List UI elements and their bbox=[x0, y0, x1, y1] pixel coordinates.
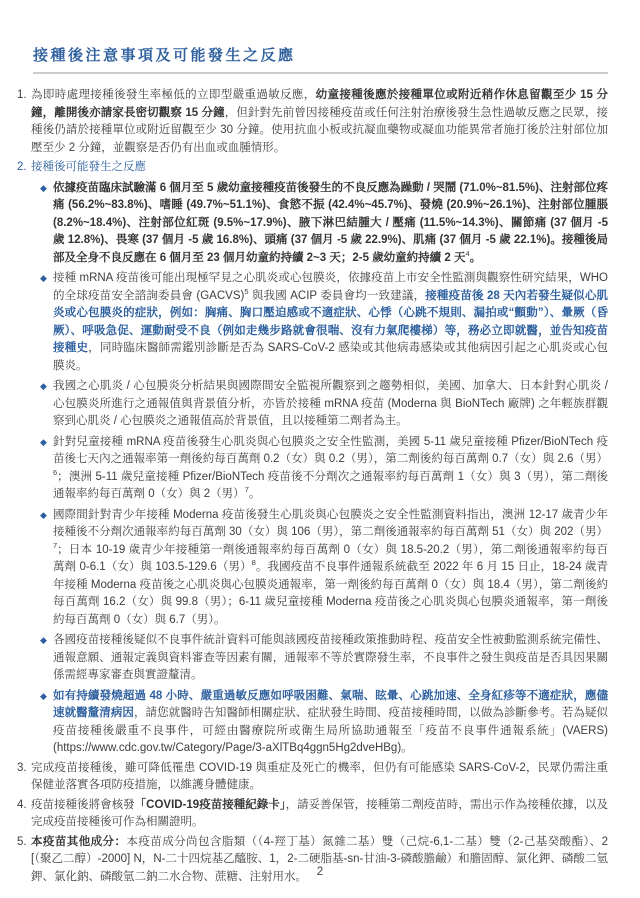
diamond-bullet-icon: ◆ bbox=[40, 632, 47, 650]
bullet-item: ◆依據疫苗臨床試驗滿 6 個月至 5 歲幼童接種疫苗後發生的不良反應為躁動 / … bbox=[40, 180, 608, 268]
bullet-text: 針對兒童接種 mRNA 疫苗後發生心肌炎與心包膜炎之安全性監測，美國 5-11 … bbox=[53, 436, 608, 501]
title-divider bbox=[33, 72, 608, 74]
page-content: 接種後注意事項及可能發生之反應 1.為即時處理接種後發生率極低的立即型嚴重過敏反… bbox=[0, 0, 640, 886]
text-run: 為即時處理接種後發生率極低的立即型嚴重過敏反應， bbox=[31, 89, 316, 101]
bullet-text: 接種 mRNA 疫苗後可能出現極罕見之心肌炎或心包膜炎，依據疫苗上市安全性監測與… bbox=[53, 272, 608, 372]
item-number: 4. bbox=[17, 797, 27, 815]
bullet-item: ◆如有持續發燒超過 48 小時、嚴重過敏反應如呼吸困難、氣喘、眩暈、心跳加速、全… bbox=[40, 688, 608, 758]
text-run: 。 bbox=[470, 252, 482, 264]
text-run: 本疫苗其他成分： bbox=[31, 836, 126, 848]
item-number: 2. bbox=[17, 159, 27, 177]
list-item: 5.本疫苗其他成分：本疫苗成分尚包含脂類（（4-羥丁基）氮雜二基）雙（己烷-6,… bbox=[17, 834, 608, 887]
paragraph: 疫苗接種後將會核發「COVID-19疫苗接種紀錄卡」，請妥善保管，接種第二劑疫苗… bbox=[31, 797, 608, 832]
bullet-text: 依據疫苗臨床試驗滿 6 個月至 5 歲幼童接種疫苗後發生的不良反應為躁動 / 哭… bbox=[53, 182, 608, 264]
diamond-bullet-icon: ◆ bbox=[40, 378, 47, 396]
list-item: 4.疫苗接種後將會核發「COVID-19疫苗接種紀錄卡」，請妥善保管，接種第二劑… bbox=[17, 797, 608, 832]
text-run: 針對兒童接種 mRNA 疫苗後發生心肌炎與心包膜炎之安全性監測，美國 5-11 … bbox=[53, 436, 608, 466]
diamond-bullet-icon: ◆ bbox=[40, 688, 47, 706]
text-run: 與我國 ACIP 委員會均一致建議， bbox=[249, 290, 426, 302]
text-run: 依據疫苗臨床試驗滿 6 個月至 5 歲幼童接種疫苗後發生的不良反應為躁動 / 哭… bbox=[53, 182, 608, 264]
text-run: 國際間針對青少年接種 Moderna 疫苗後發生心肌炎與心包膜炎之安全性監測資料… bbox=[53, 509, 608, 539]
text-run: 。 bbox=[249, 488, 261, 500]
paragraph: 完成疫苗接種後，雖可降低罹患 COVID-19 與重症及死亡的機率，但仍有可能感… bbox=[31, 760, 608, 795]
diamond-bullet-icon: ◆ bbox=[40, 507, 47, 525]
text-run: 疫苗接種後將會核發 bbox=[31, 799, 135, 811]
diamond-bullet-icon: ◆ bbox=[40, 270, 47, 288]
paragraph: 為即時處理接種後發生率極低的立即型嚴重過敏反應，幼童接種後應於接種單位或附近稍作… bbox=[31, 87, 608, 157]
text-run: 我國之心肌炎 / 心包膜炎分析結果與國際間安全監視所觀察到之趨勢相似，美國、加拿… bbox=[53, 380, 608, 427]
bullet-text: 我國之心肌炎 / 心包膜炎分析結果與國際間安全監視所觀察到之趨勢相似，美國、加拿… bbox=[53, 380, 608, 427]
numbered-list: 1.為即時處理接種後發生率極低的立即型嚴重過敏反應，幼童接種後應於接種單位或附近… bbox=[17, 87, 608, 886]
item-number: 1. bbox=[17, 87, 27, 105]
diamond-bullet-icon: ◆ bbox=[40, 434, 47, 452]
page-title: 接種後注意事項及可能發生之反應 bbox=[33, 44, 608, 65]
bullet-text: 如有持續發燒超過 48 小時、嚴重過敏反應如呼吸困難、氣喘、眩暈、心跳加速、全身… bbox=[53, 690, 608, 755]
bullet-item: ◆接種 mRNA 疫苗後可能出現極罕見之心肌炎或心包膜炎，依據疫苗上市安全性監測… bbox=[40, 270, 608, 375]
text-run: 「COVID-19疫苗接種紀錄卡」 bbox=[135, 799, 286, 811]
list-item: 1.為即時處理接種後發生率極低的立即型嚴重過敏反應，幼童接種後應於接種單位或附近… bbox=[17, 87, 608, 157]
list-item: 3.完成疫苗接種後，雖可降低罹患 COVID-19 與重症及死亡的機率，但仍有可… bbox=[17, 760, 608, 795]
page-number: 2 bbox=[0, 866, 640, 878]
bullet-text: 各國疫苗接種後疑似不良事件統計資料可能與該國疫苗接種政策推動時程、疫苗安全性被動… bbox=[53, 634, 608, 681]
section-heading: 接種後可能發生之反應 bbox=[31, 159, 608, 177]
bullet-item: ◆我國之心肌炎 / 心包膜炎分析結果與國際間安全監視所觀察到之趨勢相似，美國、加… bbox=[40, 378, 608, 431]
item-number: 3. bbox=[17, 760, 27, 778]
text-run: 各國疫苗接種後疑似不良事件統計資料可能與該國疫苗接種政策推動時程、疫苗安全性被動… bbox=[53, 634, 608, 681]
text-run: ，同時臨床醫師需鑑別診斷是否為 SARS-CoV-2 感染或其他病毒感染或其他病… bbox=[53, 342, 608, 372]
text-run: ，請您就醫時告知醫師相關症狀、症狀發生時間、疫苗接種時間，以做為診斷參考。若為疑… bbox=[53, 707, 608, 754]
bullet-item: ◆各國疫苗接種後疑似不良事件統計資料可能與該國疫苗接種政策推動時程、疫苗安全性被… bbox=[40, 632, 608, 685]
bullet-item: ◆針對兒童接種 mRNA 疫苗後發生心肌炎與心包膜炎之安全性監測，美國 5-11… bbox=[40, 434, 608, 504]
list-item: 2.接種後可能發生之反應◆依據疫苗臨床試驗滿 6 個月至 5 歲幼童接種疫苗後發… bbox=[17, 159, 608, 758]
text-run: ；澳洲 5-11 歲兒童接種 Pfizer/BioNTech 疫苗後不分劑次之通… bbox=[53, 471, 608, 501]
paragraph: 本疫苗其他成分：本疫苗成分尚包含脂類（（4-羥丁基）氮雜二基）雙（己烷-6,1-… bbox=[31, 834, 608, 887]
bullet-text: 國際間針對青少年接種 Moderna 疫苗後發生心肌炎與心包膜炎之安全性監測資料… bbox=[53, 509, 608, 626]
text-run: 完成疫苗接種後，雖可降低罹患 COVID-19 與重症及死亡的機率，但仍有可能感… bbox=[31, 762, 608, 792]
document-page: 接種後注意事項及可能發生之反應 1.為即時處理接種後發生率極低的立即型嚴重過敏反… bbox=[0, 0, 640, 898]
bullet-item: ◆國際間針對青少年接種 Moderna 疫苗後發生心肌炎與心包膜炎之安全性監測資… bbox=[40, 507, 608, 630]
diamond-bullet-icon: ◆ bbox=[40, 180, 47, 198]
item-number: 5. bbox=[17, 834, 27, 852]
